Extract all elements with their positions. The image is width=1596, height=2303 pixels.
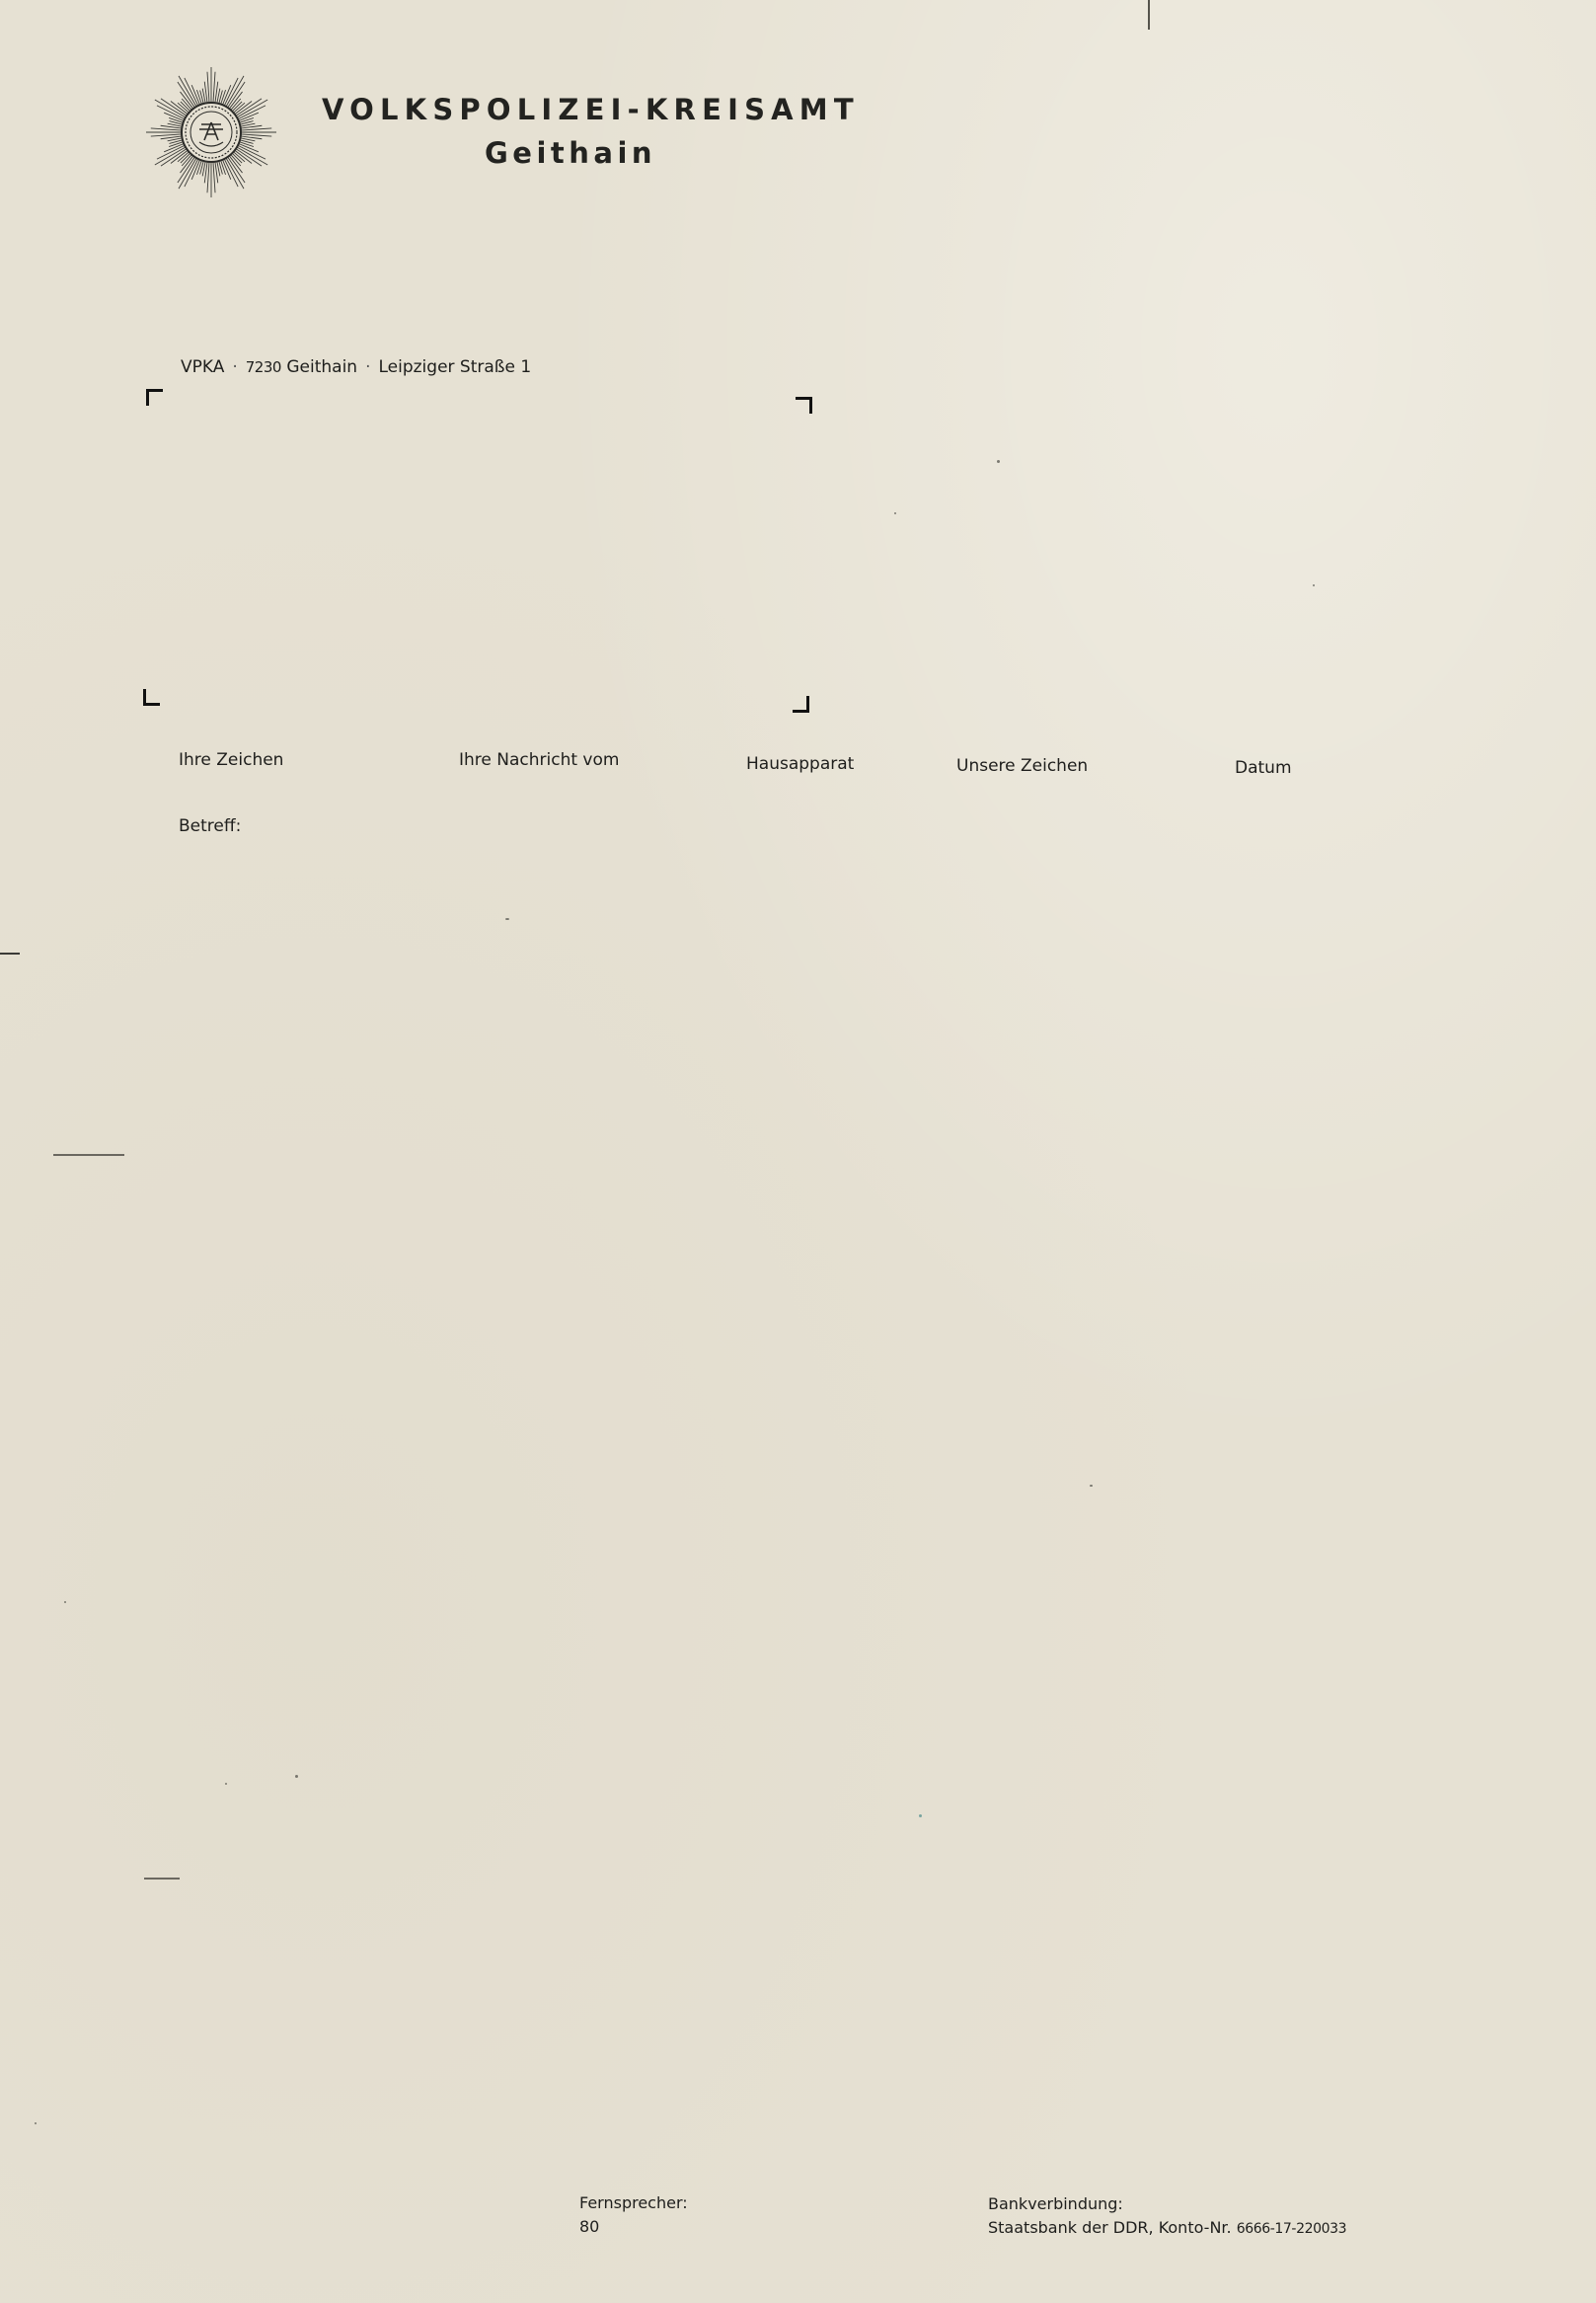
phone-value: 80 [579,2215,688,2239]
edge-mark [1148,0,1150,30]
paper-speck [1313,584,1315,586]
account-number: 6666-17-220033 [1237,2221,1346,2237]
sender-city: Geithain [286,357,357,377]
address-window-corner-bottom-right [793,696,809,713]
volkspolizei-star-emblem-icon [144,65,278,199]
bank-name: Staatsbank der DDR, Konto-Nr. [988,2218,1232,2237]
label-hausapparat: Hausapparat [746,754,854,774]
paper-speck [919,1814,922,1817]
footer-phone: Fernsprecher: 80 [579,2191,688,2239]
label-datum: Datum [1235,758,1292,778]
paper-speck [1090,1485,1093,1487]
sender-street: Leipziger Straße 1 [378,357,531,377]
sender-postcode: 7230 [246,358,281,376]
paper-speck [894,512,896,514]
separator: · [357,357,378,377]
paper-speck [225,1783,227,1785]
sender-abbr: VPKA [181,357,224,377]
label-betreff: Betreff: [179,816,241,836]
letterhead-title: VOLKSPOLIZEI-KREISAMT [322,93,860,126]
sender-address-line: VPKA·7230 Geithain·Leipziger Straße 1 [181,357,531,377]
footer-bank: Bankverbindung: Staatsbank der DDR, Kont… [988,2192,1346,2241]
paper-speck [505,918,509,920]
punch-mark [53,1154,124,1156]
paper-speck [64,1601,66,1603]
separator: · [224,357,245,377]
fold-mark [144,1878,180,1880]
fold-mark [0,953,20,955]
letterhead-subtitle: Geithain [485,136,656,170]
label-unsere-zeichen: Unsere Zeichen [956,756,1088,776]
phone-label: Fernsprecher: [579,2191,688,2215]
address-window-corner-bottom-left [143,689,160,706]
bank-details: Staatsbank der DDR, Konto-Nr. 6666-17-22… [988,2216,1346,2241]
address-window-corner-top-right [796,397,812,414]
label-ihre-zeichen: Ihre Zeichen [179,750,283,770]
label-ihre-nachricht-vom: Ihre Nachricht vom [459,750,619,770]
paper-speck [997,460,1000,463]
paper-speck [295,1775,298,1778]
paper-speck [35,2122,37,2124]
address-window-corner-top-left [146,389,163,406]
bank-label: Bankverbindung: [988,2192,1346,2216]
